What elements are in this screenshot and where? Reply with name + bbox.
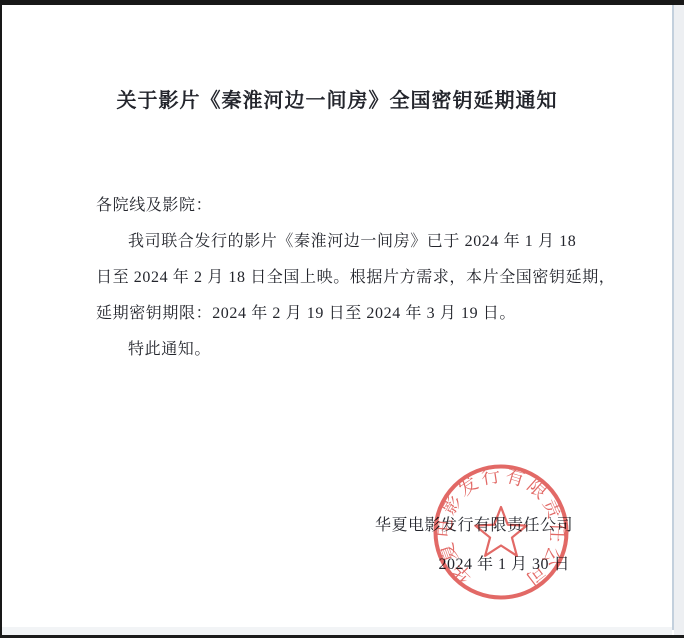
notice-title: 关于影片《秦淮河边一间房》全国密钥延期通知	[2, 84, 672, 113]
greeting-line: 各院线及影院：	[96, 188, 596, 224]
notice-body: 各院线及影院： 我司联合发行的影片《秦淮河边一间房》已于 2024 年 1 月 …	[96, 188, 596, 368]
scan-right-edge-line	[672, 5, 674, 630]
body-line-1: 我司联合发行的影片《秦淮河边一间房》已于 2024 年 1 月 18	[96, 224, 596, 260]
closing-line: 特此通知。	[96, 332, 596, 368]
body-line-3: 延期密钥期限：2024 年 2 月 19 日至 2024 年 3 月 19 日。	[96, 296, 596, 332]
signature-date: 2024 年 1 月 30 日	[438, 551, 570, 574]
scan-top-border	[0, 0, 684, 5]
document-page: 关于影片《秦淮河边一间房》全国密钥延期通知 各院线及影院： 我司联合发行的影片《…	[0, 0, 684, 638]
signature-company: 华夏电影发行有限责任公司	[375, 512, 573, 535]
body-line-2: 日至 2024 年 2 月 18 日全国上映。根据片方需求，本片全国密钥延期，	[96, 260, 596, 296]
scan-right-gutter	[674, 5, 684, 638]
